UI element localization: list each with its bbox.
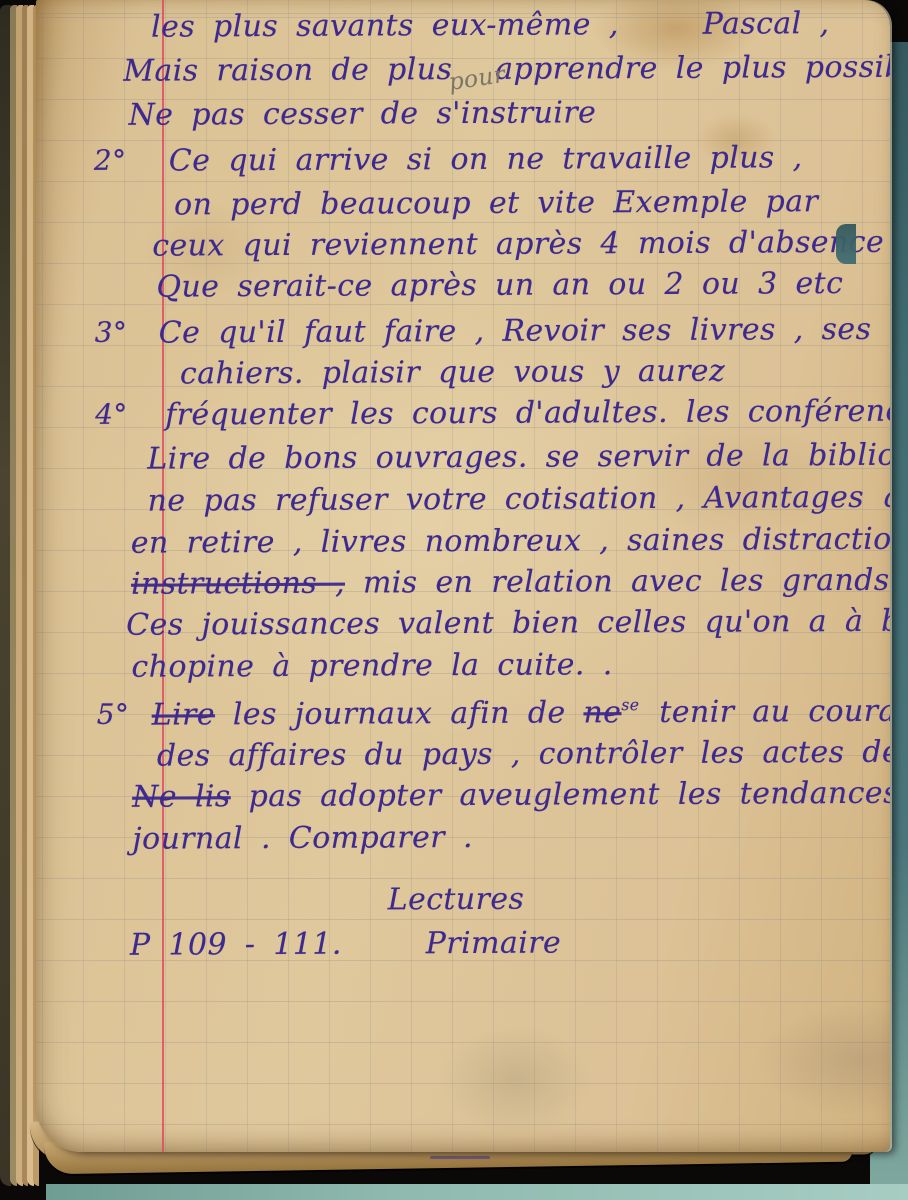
- page-stack-edges: [0, 5, 40, 1186]
- handwriting-line: journal . Comparer .: [132, 820, 473, 857]
- handwriting-line: chopine à prendre la cuite. .: [131, 647, 612, 685]
- manuscript-lines: les plus savants eux-même ,Pascal ,Mais …: [36, 0, 890, 1152]
- handwriting-segment: Ce qui arrive si on ne travaille plus ,: [169, 140, 803, 178]
- ink-smudge: [430, 1156, 490, 1159]
- handwriting-line: ceux qui reviennent après 4 mois d'absen…: [152, 225, 890, 264]
- handwriting-segment: tenir au courant: [641, 694, 890, 731]
- pencil-annotation: pour: [447, 60, 507, 96]
- handwriting-line: ne pas refuser votre cotisation , Avanta…: [148, 479, 890, 518]
- margin-number: 5°: [97, 698, 130, 731]
- margin-number: 3°: [95, 316, 128, 349]
- handwriting-segment: fréquenter les cours d'adultes. les conf…: [165, 393, 890, 432]
- handwriting-line: Ne pas cesser de s'instruire: [128, 95, 596, 132]
- handwriting-segment: Lire de bons ouvrages. se servir de la b…: [147, 437, 890, 476]
- handwriting-segment: on perd beaucoup et vite Exemple par: [174, 184, 818, 222]
- handwriting-segment: chopine à prendre la cuite. .: [131, 647, 612, 685]
- scanner-background-bottom: [46, 1184, 908, 1200]
- handwriting-segment: les plus savants eux-même ,: [151, 7, 619, 44]
- handwriting-line: instructions , mis en relation avec les …: [131, 562, 890, 602]
- handwriting-line: Que serait-ce après un an ou 2 ou 3 etc: [156, 266, 843, 305]
- handwriting-line: Ces jouissances valent bien celles qu'on…: [126, 603, 890, 642]
- handwriting-line: Lectures: [388, 882, 525, 918]
- handwriting-segment: mis en relation avec les grands penseurs: [345, 562, 890, 601]
- page-edge-notch: [836, 224, 856, 264]
- handwriting-line: 5°Lire les journaux afin de nese tenir a…: [152, 694, 890, 733]
- handwriting-segment: des affaires du pays , contrôler les act…: [157, 733, 890, 773]
- struck-out-text: ne: [583, 695, 621, 730]
- handwriting-line: des affaires du pays , contrôler les act…: [157, 733, 890, 773]
- handwriting-line: Lire de bons ouvrages. se servir de la b…: [147, 437, 890, 476]
- handwriting-segment: Ces jouissances valent bien celles qu'on…: [126, 603, 890, 642]
- handwriting-line: 3°Ce qu'il faut faire , Revoir ses livre…: [159, 312, 872, 351]
- handwriting-segment: ceux qui reviennent après 4 mois d'absen…: [152, 225, 890, 264]
- margin-number: 2°: [94, 144, 127, 177]
- handwriting-line: en retire , livres nombreux , saines dis…: [131, 521, 890, 560]
- handwriting-segment: Ne pas cesser de s'instruire: [128, 95, 596, 132]
- handwriting-line: cahiers. plaisir que vous y aurez: [180, 354, 725, 392]
- handwriting-segment: Pascal ,: [703, 6, 830, 42]
- handwriting-segment: Ce qu'il faut faire , Revoir ses livres …: [159, 312, 872, 351]
- handwriting-segment: P 109 - 111.: [130, 927, 342, 963]
- handwriting-segment: journal . Comparer .: [132, 820, 473, 857]
- handwriting-segment: Lectures: [388, 882, 525, 918]
- handwriting-segment: pas adopter aveuglement les tendances du: [231, 775, 890, 814]
- handwriting-line: 4°fréquenter les cours d'adultes. les co…: [165, 393, 890, 432]
- struck-out-text: Ne lis: [132, 779, 231, 815]
- handwriting-segment: ne pas refuser votre cotisation , Avanta…: [148, 479, 890, 518]
- notebook-page: les plus savants eux-même ,Pascal ,Mais …: [36, 0, 890, 1152]
- handwriting-segment: Primaire: [426, 925, 562, 961]
- handwriting-line: on perd beaucoup et vite Exemple par: [174, 184, 818, 222]
- handwriting-segment: en retire , livres nombreux , saines dis…: [131, 521, 890, 560]
- handwriting-segment: cahiers. plaisir que vous y aurez: [180, 354, 725, 392]
- struck-out-text: Lire: [152, 697, 215, 732]
- margin-number: 4°: [95, 398, 128, 431]
- handwriting-line: Ne lis pas adopter aveuglement les tenda…: [132, 775, 890, 814]
- handwriting-segment: Que serait-ce après un an ou 2 ou 3 etc: [156, 266, 843, 305]
- scanned-notebook: les plus savants eux-même ,Pascal ,Mais …: [0, 0, 908, 1200]
- handwriting-line: 2°Ce qui arrive si on ne travaille plus …: [169, 140, 803, 178]
- handwriting-line: les plus savants eux-même ,Pascal ,: [151, 6, 830, 45]
- handwriting-segment: se: [621, 696, 639, 714]
- struck-out-text: instructions ,: [131, 566, 345, 602]
- handwriting-segment: apprendre le plus possible ,: [495, 49, 890, 86]
- handwriting-line: Mais raison de pluspourapprendre le plus…: [123, 49, 890, 88]
- handwriting-segment: les journaux afin de: [215, 695, 584, 732]
- handwriting-line: P 109 - 111.Primaire: [130, 925, 561, 962]
- handwriting-segment: Mais raison de plus: [123, 52, 452, 89]
